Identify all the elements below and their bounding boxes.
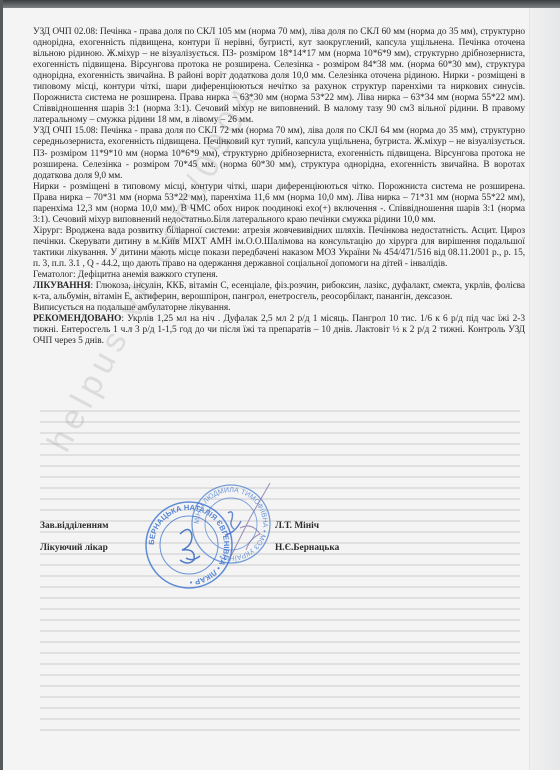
page-edge-right: [529, 8, 560, 770]
ultrasound-0208-paragraph: УЗД ОЧП 02.08: Печінка - права доля по С…: [33, 27, 525, 126]
hematologist-paragraph: Гематолог: Дефіцитна анемія важкого ступ…: [33, 270, 525, 281]
surgeon-paragraph: Хірург: Вроджена вада розвитку біліарної…: [33, 226, 525, 270]
signature-scribble-icon: [210, 478, 280, 568]
recommendations-label: РЕКОМЕНДОВАНО: [33, 314, 121, 324]
treatment-text: : Глюкоза, інсулін, ККБ, вітамін С, есен…: [33, 281, 525, 302]
scan-bezel-top: [0, 0, 560, 8]
ultrasound-1508-paragraph: УЗД ОЧП 15.08: Печінка - права доля по С…: [33, 126, 525, 181]
head-of-department-title: Зав.відділенням: [40, 521, 108, 531]
attending-doctor-title: Лікуючий лікар: [40, 543, 108, 553]
treatment-label: ЛІКУВАННЯ: [33, 281, 90, 291]
medical-discharge-text: УЗД ОЧП 02.08: Печінка - права доля по С…: [33, 27, 525, 347]
bleed-through-text: [40, 410, 520, 740]
head-of-department-name: Л.Т. Мініч: [275, 521, 319, 531]
recommendations-paragraph: РЕКОМЕНДОВАНО: Укрлів 1,25 мл на ніч . Д…: [33, 314, 525, 347]
kidneys-paragraph: Нирки - розміщені в типовому місці, конт…: [33, 182, 525, 226]
attending-doctor-name: Н.Є.Бернацька: [275, 543, 339, 553]
treatment-paragraph: ЛІКУВАННЯ: Глюкоза, інсулін, ККБ, вітамі…: [33, 281, 525, 303]
discharge-paragraph: Виписується на подальше амбулаторне ліку…: [33, 303, 525, 314]
scan-bezel-left: [0, 0, 3, 770]
